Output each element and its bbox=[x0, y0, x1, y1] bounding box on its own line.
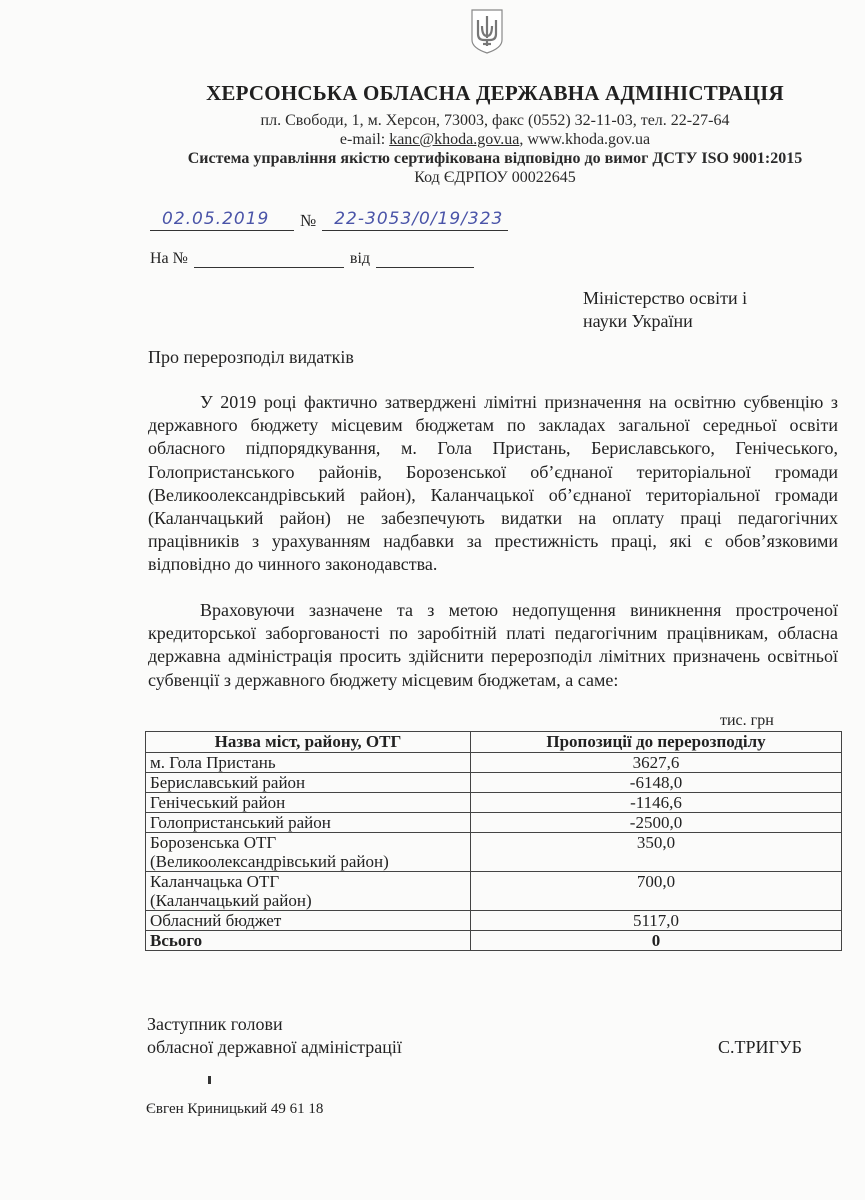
signer-position-line: Заступник голови bbox=[147, 1013, 402, 1036]
row-value: 0 bbox=[471, 931, 842, 951]
letter-subject: Про перерозподіл видатків bbox=[148, 347, 354, 368]
organization-title: ХЕРСОНСЬКА ОБЛАСНА ДЕРЖАВНА АДМІНІСТРАЦІ… bbox=[150, 81, 840, 106]
row-value: -1146,6 bbox=[471, 793, 842, 813]
number-sign: № bbox=[300, 211, 316, 231]
row-value: -2500,0 bbox=[471, 813, 842, 833]
row-value: 350,0 bbox=[471, 833, 842, 872]
row-name: Голопристанський район bbox=[146, 813, 471, 833]
table-total-row: Всього 0 bbox=[146, 931, 842, 951]
table-row: Бериславський район -6148,0 bbox=[146, 773, 842, 793]
reply-date-blank bbox=[376, 251, 474, 268]
paragraph-2: Враховуючи зазначене та з метою недопуще… bbox=[148, 599, 838, 692]
table-row: Борозенська ОТГ (Великоолександрівський … bbox=[146, 833, 842, 872]
row-name-line: (Великоолександрівський район) bbox=[150, 852, 466, 871]
redistribution-table: Назва міст, району, ОТГ Пропозиції до пе… bbox=[145, 731, 842, 951]
registration-number: 22-3053/0/19/323 bbox=[322, 208, 508, 231]
table-row: Обласний бюджет 5117,0 bbox=[146, 911, 842, 931]
column-header-proposal: Пропозиції до перерозподілу bbox=[471, 732, 842, 753]
row-name: Обласний бюджет bbox=[146, 911, 471, 931]
table-row: Генічеський район -1146,6 bbox=[146, 793, 842, 813]
row-name: Бериславський район bbox=[146, 773, 471, 793]
row-name: Генічеський район bbox=[146, 793, 471, 813]
table-row: Каланчацька ОТГ (Каланчацький район) 700… bbox=[146, 872, 842, 911]
row-name-line: Борозенська ОТГ bbox=[150, 833, 466, 852]
registration-row: 02.05.2019 № 22-3053/0/19/323 bbox=[150, 208, 508, 231]
coat-of-arms-icon bbox=[470, 8, 504, 54]
quality-certification: Система управління якістю сертифікована … bbox=[150, 149, 840, 168]
row-name: Каланчацька ОТГ (Каланчацький район) bbox=[146, 872, 471, 911]
registration-date: 02.05.2019 bbox=[150, 208, 294, 231]
row-value: 3627,6 bbox=[471, 753, 842, 773]
reply-to-label: На № bbox=[150, 250, 188, 268]
table-header-row: Назва міст, району, ОТГ Пропозиції до пе… bbox=[146, 732, 842, 753]
addressee: Міністерство освіти і науки України bbox=[583, 287, 747, 333]
row-value: 5117,0 bbox=[471, 911, 842, 931]
signer-position-line: обласної державної адміністрації bbox=[147, 1036, 402, 1059]
reply-number-blank bbox=[194, 251, 344, 268]
signer-name: С.ТРИГУБ bbox=[718, 1037, 802, 1058]
row-name: Борозенська ОТГ (Великоолександрівський … bbox=[146, 833, 471, 872]
signer-position: Заступник голови обласної державної адмі… bbox=[147, 1013, 402, 1059]
email-link[interactable]: kanc@khoda.gov.ua bbox=[389, 131, 519, 148]
addressee-line: науки України bbox=[583, 310, 747, 333]
website: , www.khoda.gov.ua bbox=[519, 131, 650, 148]
table-row: Голопристанський район -2500,0 bbox=[146, 813, 842, 833]
row-name-line: (Каланчацький район) bbox=[150, 891, 466, 910]
reply-from-label: від bbox=[350, 250, 370, 268]
body-paragraph: Враховуючи зазначене та з метою недопуще… bbox=[148, 599, 838, 692]
table-unit-label: тис. грн bbox=[720, 712, 774, 730]
row-name: м. Гола Пристань bbox=[146, 753, 471, 773]
edrpou-code: Код ЄДРПОУ 00022645 bbox=[150, 168, 840, 187]
email-prefix: e-mail: bbox=[340, 131, 389, 148]
row-value: -6148,0 bbox=[471, 773, 842, 793]
body-paragraph: У 2019 році фактично затверджені лімітні… bbox=[148, 391, 838, 577]
executor-contact: Євген Криницький 49 61 18 bbox=[146, 1101, 323, 1118]
row-name-line: Каланчацька ОТГ bbox=[150, 872, 466, 891]
paragraph-1: У 2019 році фактично затверджені лімітні… bbox=[148, 391, 838, 577]
addressee-line: Міністерство освіти і bbox=[583, 287, 747, 310]
row-name: Всього bbox=[146, 931, 471, 951]
column-header-name: Назва міст, району, ОТГ bbox=[146, 732, 471, 753]
reply-reference-row: На № від bbox=[150, 250, 474, 268]
organization-address: пл. Свободи, 1, м. Херсон, 73003, факс (… bbox=[150, 111, 840, 130]
ink-mark bbox=[208, 1076, 211, 1084]
table-row: м. Гола Пристань 3627,6 bbox=[146, 753, 842, 773]
organization-contacts: e-mail: kanc@khoda.gov.ua, www.khoda.gov… bbox=[150, 130, 840, 149]
row-value: 700,0 bbox=[471, 872, 842, 911]
